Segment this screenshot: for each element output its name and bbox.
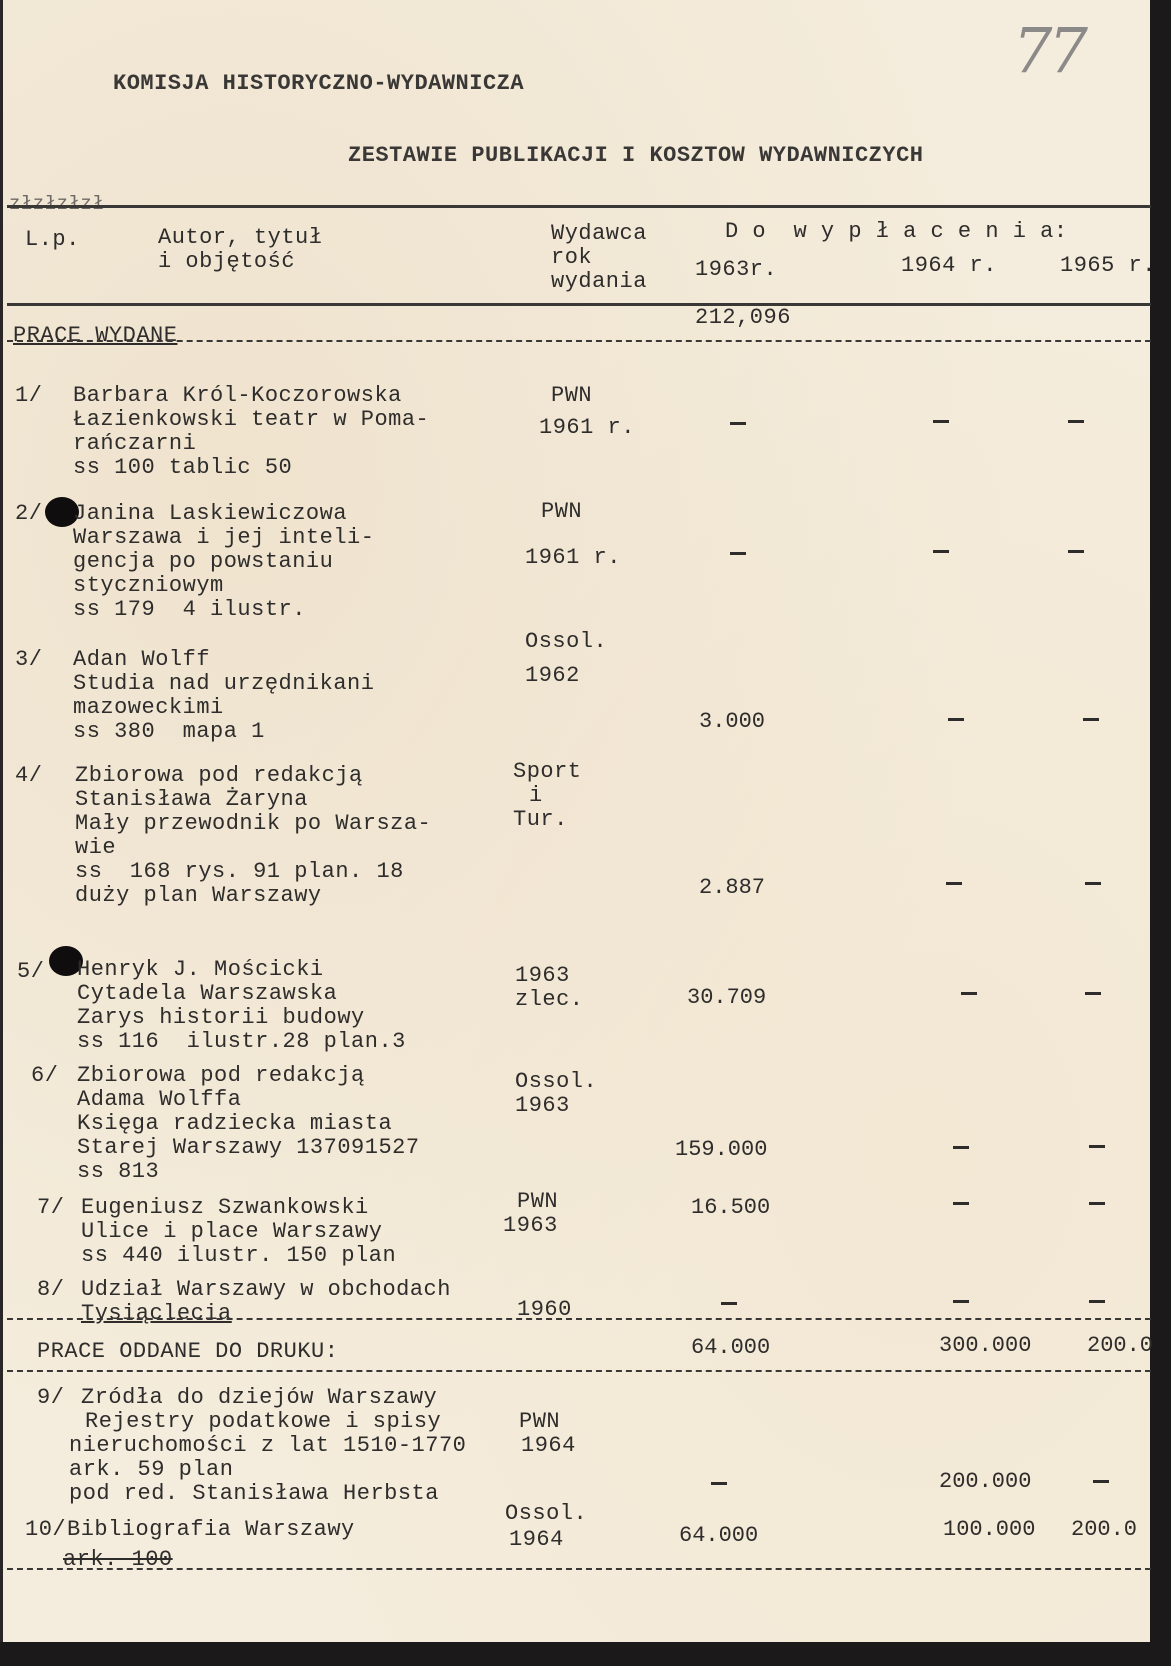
- row-editor-line: Adama Wolffa: [77, 1088, 241, 1112]
- row-extent: ss 380 mapa 1: [73, 720, 265, 744]
- row-publisher: Ossol.: [505, 1502, 587, 1526]
- row-publisher: PWN: [551, 384, 592, 408]
- row-title-line: gencja po powstaniu: [73, 550, 333, 574]
- row-number: 6/: [31, 1064, 58, 1088]
- row-year: 1962: [525, 664, 580, 688]
- col-header-publisher-3: wydania: [551, 270, 647, 294]
- row-title-line: Łazienkowski teatr w Poma-: [73, 408, 429, 432]
- row-title-line: Udział Warszawy w obchodach: [81, 1278, 451, 1302]
- empty-dash-1965: [1089, 1202, 1105, 1205]
- document-title: ZESTAWIE PUBLIKACJI I KOSZTOW WYDAWNICZY…: [348, 144, 924, 168]
- row-title-line: Zródła do dziejów Warszawy: [81, 1386, 437, 1410]
- row-title-line: Cytadela Warszawska: [77, 982, 337, 1006]
- empty-dash-1965: [1068, 550, 1084, 553]
- table-bottom-rule: [7, 1568, 1151, 1570]
- row-publisher: Ossol.: [525, 630, 607, 654]
- col-header-payment-group: D o w y p ł a c e n i a:: [725, 220, 1068, 244]
- submitted-total-1963: 64.000: [691, 1336, 770, 1360]
- section-published-label: PRACE WYDANE: [13, 324, 177, 348]
- row-number: 3/: [15, 648, 42, 672]
- row-number: 1/: [15, 384, 42, 408]
- row-extent: ss 168 rys. 91 plan. 18: [75, 860, 404, 884]
- row-number: 8/: [37, 1278, 64, 1302]
- row-publisher: Sport: [513, 760, 582, 784]
- organization-heading: KOMISJA HISTORYCZNO-WYDAWNICZA: [113, 72, 524, 96]
- row-year: 1961 r.: [539, 416, 635, 440]
- row-title-line: Studia nad urzędnikani: [73, 672, 374, 696]
- row-extent: ss 116 ilustr.28 plan.3: [77, 1030, 406, 1054]
- row-year: 1963: [515, 1094, 570, 1118]
- amount-1965: 200.0: [1071, 1518, 1137, 1542]
- empty-dash-1963: [711, 1482, 727, 1485]
- row-publisher: PWN: [541, 500, 582, 524]
- row-title-line: Mały przewodnik po Warsza-: [75, 812, 431, 836]
- row-year: 1964: [521, 1434, 576, 1458]
- document-page: 77 KOMISJA HISTORYCZNO-WYDAWNICZA ZESTAW…: [0, 0, 1150, 1642]
- amount-1963: 16.500: [691, 1196, 770, 1220]
- col-header-author: Autor, tytuł: [158, 226, 322, 250]
- row-author: Barbara Król-Koczorowska: [73, 384, 402, 408]
- empty-dash-1964: [953, 1202, 969, 1205]
- row-title-line: Bibliografia Warszawy: [67, 1518, 355, 1542]
- empty-dash-1964: [946, 882, 962, 885]
- row-number: 4/: [15, 764, 42, 788]
- row-extent: ark. 59 plan: [69, 1458, 233, 1482]
- row-extent: ss 813: [77, 1160, 159, 1184]
- row-year: 1963: [503, 1214, 558, 1238]
- row-title-line: Ulice i place Warszawy: [81, 1220, 382, 1244]
- row-author: Janina Laskiewiczowa: [73, 502, 347, 526]
- empty-dash-1964: [948, 718, 964, 721]
- amount-1963: 30.709: [687, 986, 766, 1010]
- row-extent: ss 440 ilustr. 150 plan: [81, 1244, 396, 1268]
- row-number: 5/: [17, 960, 44, 984]
- row-title-line: wie: [75, 836, 116, 860]
- header-rule-top: [7, 205, 1151, 208]
- col-header-publisher: Wydawca: [551, 222, 647, 246]
- col-header-publisher-2: rok: [551, 246, 592, 270]
- empty-dash-1963: [730, 552, 746, 555]
- row-number: 10/: [25, 1518, 66, 1542]
- empty-dash-1964: [933, 550, 949, 553]
- amount-1964: 200.000: [939, 1470, 1031, 1494]
- amount-1963: 3.000: [699, 710, 765, 734]
- empty-dash-1965: [1085, 882, 1101, 885]
- row-number: 9/: [37, 1386, 64, 1410]
- row-publisher: Ossol.: [515, 1070, 597, 1094]
- row-extent: duży plan Warszawy: [75, 884, 322, 908]
- section-rule: [7, 1370, 1151, 1372]
- amount-1963: 2.887: [699, 876, 765, 900]
- col-header-1965: 1965 r.: [1060, 254, 1156, 278]
- row-publisher: zlec.: [515, 988, 584, 1012]
- col-header-1964: 1964 r.: [901, 254, 997, 278]
- empty-dash-1965: [1093, 1480, 1109, 1483]
- amount-1963: 159.000: [675, 1138, 767, 1162]
- col-header-lp: L.p.: [25, 228, 80, 252]
- section-submitted-label: PRACE ODDANE DO DRUKU:: [37, 1340, 338, 1364]
- row-publisher: i: [529, 784, 543, 808]
- row-number: 2/: [15, 502, 42, 526]
- empty-dash-1965: [1083, 718, 1099, 721]
- empty-dash-1964: [961, 992, 977, 995]
- submitted-total-1964: 300.000: [939, 1334, 1031, 1358]
- row-title-line: mazoweckimi: [73, 696, 224, 720]
- empty-dash-1965: [1089, 1145, 1105, 1148]
- row-title-line: nieruchomości z lat 1510-1770: [69, 1434, 466, 1458]
- empty-dash-1963: [721, 1302, 737, 1305]
- row-title-line: Warszawa i jej inteli-: [73, 526, 374, 550]
- header-rule-bottom: [7, 303, 1151, 306]
- empty-dash-1965: [1068, 420, 1084, 423]
- empty-dash-1964: [953, 1146, 969, 1149]
- row-title-line: styczniowym: [73, 574, 224, 598]
- row-title-line: Zarys historii budowy: [77, 1006, 365, 1030]
- row-year: 1964: [509, 1528, 564, 1552]
- col-header-author-2: i objętość: [158, 250, 295, 274]
- submitted-total-1965: 200.0: [1087, 1334, 1153, 1358]
- col-header-1963: 1963r.: [695, 258, 777, 282]
- row-author: Eugeniusz Szwankowski: [81, 1196, 369, 1220]
- row-editor-line: pod red. Stanisława Herbsta: [69, 1482, 439, 1506]
- row-editor-line: Stanisława Żaryna: [75, 788, 308, 812]
- row-extent: ss 179 4 ilustr.: [73, 598, 306, 622]
- empty-dash-1965: [1089, 1300, 1105, 1303]
- amount-1964: 100.000: [943, 1518, 1035, 1542]
- row-author: Zbiorowa pod redakcją: [77, 1064, 365, 1088]
- row-year: 1963: [515, 964, 570, 988]
- row-title-line: Tysiąclecia: [81, 1302, 232, 1326]
- row-publisher: PWN: [517, 1190, 558, 1214]
- row-author: Adan Wolff: [73, 648, 210, 672]
- section-rule: [7, 1318, 1151, 1320]
- row-author: Zbiorowa pod redakcją: [75, 764, 363, 788]
- published-total-1963: 212,096: [695, 306, 791, 330]
- row-number: 7/: [37, 1196, 64, 1220]
- row-title-line: Starej Warszawy 137091527: [77, 1136, 420, 1160]
- row-title-line: Księga radziecka miasta: [77, 1112, 392, 1136]
- handwritten-page-number: 77: [1013, 14, 1084, 87]
- row-year: 1961 r.: [525, 546, 621, 570]
- empty-dash-1964: [933, 420, 949, 423]
- row-publisher: PWN: [519, 1410, 560, 1434]
- row-title-line: Rejestry podatkowe i spisy: [85, 1410, 441, 1434]
- row-title-line: rańczarni: [73, 432, 196, 456]
- empty-dash-1965: [1085, 992, 1101, 995]
- amount-1963: 64.000: [679, 1524, 758, 1548]
- empty-dash-1964: [953, 1300, 969, 1303]
- row-author: Henryk J. Mościcki: [77, 958, 324, 982]
- row-publisher: Tur.: [513, 808, 568, 832]
- section-published-rule: [7, 340, 1151, 342]
- row-extent: ss 100 tablic 50: [73, 456, 292, 480]
- empty-dash-1963: [730, 422, 746, 425]
- struck-text: złzłzłzł: [9, 192, 104, 216]
